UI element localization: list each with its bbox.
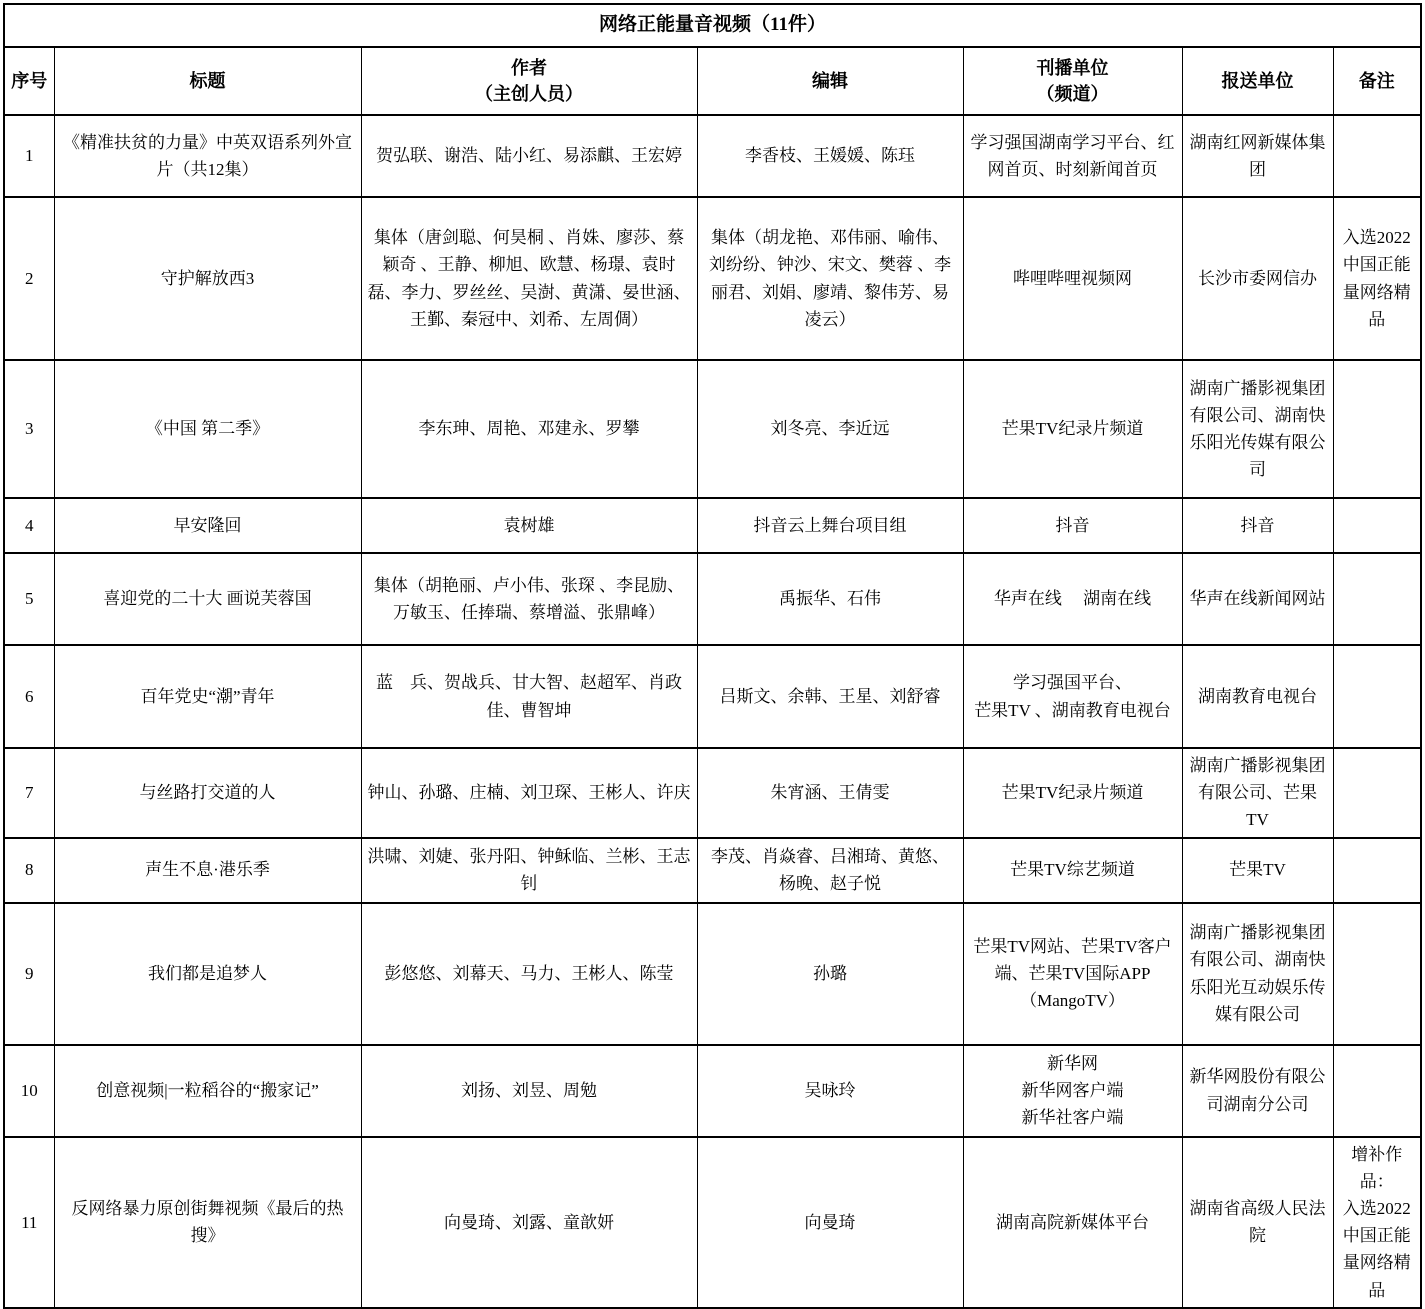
cell-submitter: 湖南广播影视集团有限公司、湖南快乐阳光互动娱乐传媒有限公司	[1182, 903, 1333, 1045]
header-title: 标题	[54, 47, 361, 115]
cell-channel: 芒果TV综艺频道	[963, 838, 1182, 903]
cell-num: 11	[4, 1137, 54, 1308]
table-row: 4 早安隆回 袁树雄 抖音云上舞台项目组 抖音 抖音	[4, 498, 1421, 553]
document-sheet: 网络正能量音视频（11件） 序号 标题 作者 （主创人员） 编辑 刊播单位 （频…	[3, 3, 1422, 1309]
awards-table: 网络正能量音视频（11件） 序号 标题 作者 （主创人员） 编辑 刊播单位 （频…	[3, 3, 1422, 1309]
cell-editors: 李茂、肖焱睿、吕湘琦、黄悠、杨晚、赵子悦	[697, 838, 963, 903]
cell-title: 创意视频|一粒稻谷的“搬家记”	[54, 1045, 361, 1137]
cell-title: 喜迎党的二十大 画说芙蓉国	[54, 553, 361, 645]
cell-submitter: 芒果TV	[1182, 838, 1333, 903]
cell-submitter: 华声在线新闻网站	[1182, 553, 1333, 645]
table-row: 9 我们都是追梦人 彭悠悠、刘幕天、马力、王彬人、陈莹 孙璐 芒果TV网站、芒果…	[4, 903, 1421, 1045]
table-row: 3 《中国 第二季》 李东珅、周艳、邓建永、罗攀 刘冬亮、李近远 芒果TV纪录片…	[4, 360, 1421, 498]
cell-num: 2	[4, 197, 54, 360]
cell-num: 6	[4, 645, 54, 748]
cell-channel: 华声在线 湖南在线	[963, 553, 1182, 645]
cell-submitter: 湖南广播影视集团有限公司、芒果TV	[1182, 748, 1333, 838]
cell-num: 1	[4, 115, 54, 197]
cell-channel: 湖南高院新媒体平台	[963, 1137, 1182, 1308]
cell-submitter: 湖南广播影视集团有限公司、湖南快乐阳光传媒有限公司	[1182, 360, 1333, 498]
cell-authors: 向曼琦、刘露、童歆妍	[361, 1137, 697, 1308]
cell-submitter: 湖南教育电视台	[1182, 645, 1333, 748]
table-row: 7 与丝路打交道的人 钟山、孙璐、庄楠、刘卫琛、王彬人、许庆 朱宵涵、王倩雯 芒…	[4, 748, 1421, 838]
table-row: 5 喜迎党的二十大 画说芙蓉国 集体（胡艳丽、卢小伟、张琛 、李昆励、万敏玉、任…	[4, 553, 1421, 645]
cell-note	[1333, 838, 1421, 903]
table-row: 8 声生不息·港乐季 洪啸、刘婕、张丹阳、钟稣临、兰彬、王志钊 李茂、肖焱睿、吕…	[4, 838, 1421, 903]
header-authors: 作者 （主创人员）	[361, 47, 697, 115]
header-submitter: 报送单位	[1182, 47, 1333, 115]
cell-channel: 芒果TV纪录片频道	[963, 748, 1182, 838]
cell-authors: 钟山、孙璐、庄楠、刘卫琛、王彬人、许庆	[361, 748, 697, 838]
cell-title: 声生不息·港乐季	[54, 838, 361, 903]
cell-channel: 芒果TV纪录片频道	[963, 360, 1182, 498]
cell-title: 百年党史“潮”青年	[54, 645, 361, 748]
cell-num: 10	[4, 1045, 54, 1137]
cell-authors: 彭悠悠、刘幕天、马力、王彬人、陈莹	[361, 903, 697, 1045]
table-row: 11 反网络暴力原创街舞视频《最后的热搜》 向曼琦、刘露、童歆妍 向曼琦 湖南高…	[4, 1137, 1421, 1308]
cell-channel: 哔哩哔哩视频网	[963, 197, 1182, 360]
cell-authors: 洪啸、刘婕、张丹阳、钟稣临、兰彬、王志钊	[361, 838, 697, 903]
table-row: 6 百年党史“潮”青年 蓝 兵、贺战兵、甘大智、赵超军、肖政佳、曹智坤 吕斯文、…	[4, 645, 1421, 748]
cell-authors: 集体（胡艳丽、卢小伟、张琛 、李昆励、万敏玉、任捧瑞、蔡增溢、张鼎峰）	[361, 553, 697, 645]
cell-title: 与丝路打交道的人	[54, 748, 361, 838]
cell-editors: 李香枝、王媛媛、陈珏	[697, 115, 963, 197]
cell-num: 9	[4, 903, 54, 1045]
header-num: 序号	[4, 47, 54, 115]
cell-title: 早安隆回	[54, 498, 361, 553]
cell-authors: 李东珅、周艳、邓建永、罗攀	[361, 360, 697, 498]
cell-note: 入选2022中国正能量网络精品	[1333, 197, 1421, 360]
cell-title: 反网络暴力原创街舞视频《最后的热搜》	[54, 1137, 361, 1308]
cell-submitter: 抖音	[1182, 498, 1333, 553]
cell-editors: 刘冬亮、李近远	[697, 360, 963, 498]
cell-editors: 抖音云上舞台项目组	[697, 498, 963, 553]
cell-submitter: 湖南省高级人民法院	[1182, 1137, 1333, 1308]
cell-editors: 集体（胡龙艳、邓伟丽、喻伟、刘纷纷、钟沙、宋文、樊蓉 、李丽君、刘娟、廖靖、黎伟…	[697, 197, 963, 360]
header-editors: 编辑	[697, 47, 963, 115]
cell-channel: 学习强国平台、 芒果TV 、湖南教育电视台	[963, 645, 1182, 748]
cell-authors: 袁树雄	[361, 498, 697, 553]
cell-note	[1333, 903, 1421, 1045]
cell-authors: 贺弘联、谢浩、陆小红、易添麒、王宏婷	[361, 115, 697, 197]
header-note: 备注	[1333, 47, 1421, 115]
cell-num: 7	[4, 748, 54, 838]
cell-num: 8	[4, 838, 54, 903]
cell-num: 3	[4, 360, 54, 498]
cell-num: 5	[4, 553, 54, 645]
cell-channel: 抖音	[963, 498, 1182, 553]
cell-submitter: 湖南红网新媒体集团	[1182, 115, 1333, 197]
cell-editors: 孙璐	[697, 903, 963, 1045]
cell-editors: 吴咏玲	[697, 1045, 963, 1137]
cell-editors: 禹振华、石伟	[697, 553, 963, 645]
cell-note	[1333, 1045, 1421, 1137]
cell-editors: 吕斯文、余韩、王星、刘舒睿	[697, 645, 963, 748]
table-title-row: 网络正能量音视频（11件）	[4, 4, 1421, 47]
cell-channel: 新华网 新华网客户端 新华社客户端	[963, 1045, 1182, 1137]
cell-authors: 集体（唐剑聪、何昊桐 、肖姝、廖莎、蔡颖奇 、王静、柳旭、欧慧、杨璟、袁时磊、李…	[361, 197, 697, 360]
cell-title: 《精准扶贫的力量》中英双语系列外宣片（共12集）	[54, 115, 361, 197]
cell-editors: 朱宵涵、王倩雯	[697, 748, 963, 838]
header-channel: 刊播单位 （频道）	[963, 47, 1182, 115]
cell-submitter: 新华网股份有限公司湖南分公司	[1182, 1045, 1333, 1137]
table-header-row: 序号 标题 作者 （主创人员） 编辑 刊播单位 （频道） 报送单位 备注	[4, 47, 1421, 115]
cell-channel: 芒果TV网站、芒果TV客户端、芒果TV国际APP（MangoTV）	[963, 903, 1182, 1045]
cell-authors: 蓝 兵、贺战兵、甘大智、赵超军、肖政佳、曹智坤	[361, 645, 697, 748]
cell-note	[1333, 360, 1421, 498]
cell-title: 我们都是追梦人	[54, 903, 361, 1045]
cell-authors: 刘扬、刘昱、周勉	[361, 1045, 697, 1137]
cell-channel: 学习强国湖南学习平台、红网首页、时刻新闻首页	[963, 115, 1182, 197]
cell-submitter: 长沙市委网信办	[1182, 197, 1333, 360]
cell-title: 守护解放西3	[54, 197, 361, 360]
table-title: 网络正能量音视频（11件）	[4, 4, 1421, 47]
cell-note	[1333, 553, 1421, 645]
table-row: 1 《精准扶贫的力量》中英双语系列外宣片（共12集） 贺弘联、谢浩、陆小红、易添…	[4, 115, 1421, 197]
cell-note	[1333, 748, 1421, 838]
cell-editors: 向曼琦	[697, 1137, 963, 1308]
cell-note	[1333, 645, 1421, 748]
cell-title: 《中国 第二季》	[54, 360, 361, 498]
table-row: 2 守护解放西3 集体（唐剑聪、何昊桐 、肖姝、廖莎、蔡颖奇 、王静、柳旭、欧慧…	[4, 197, 1421, 360]
cell-note	[1333, 115, 1421, 197]
cell-note	[1333, 498, 1421, 553]
table-row: 10 创意视频|一粒稻谷的“搬家记” 刘扬、刘昱、周勉 吴咏玲 新华网 新华网客…	[4, 1045, 1421, 1137]
cell-note: 增补作品： 入选2022中国正能量网络精品	[1333, 1137, 1421, 1308]
cell-num: 4	[4, 498, 54, 553]
